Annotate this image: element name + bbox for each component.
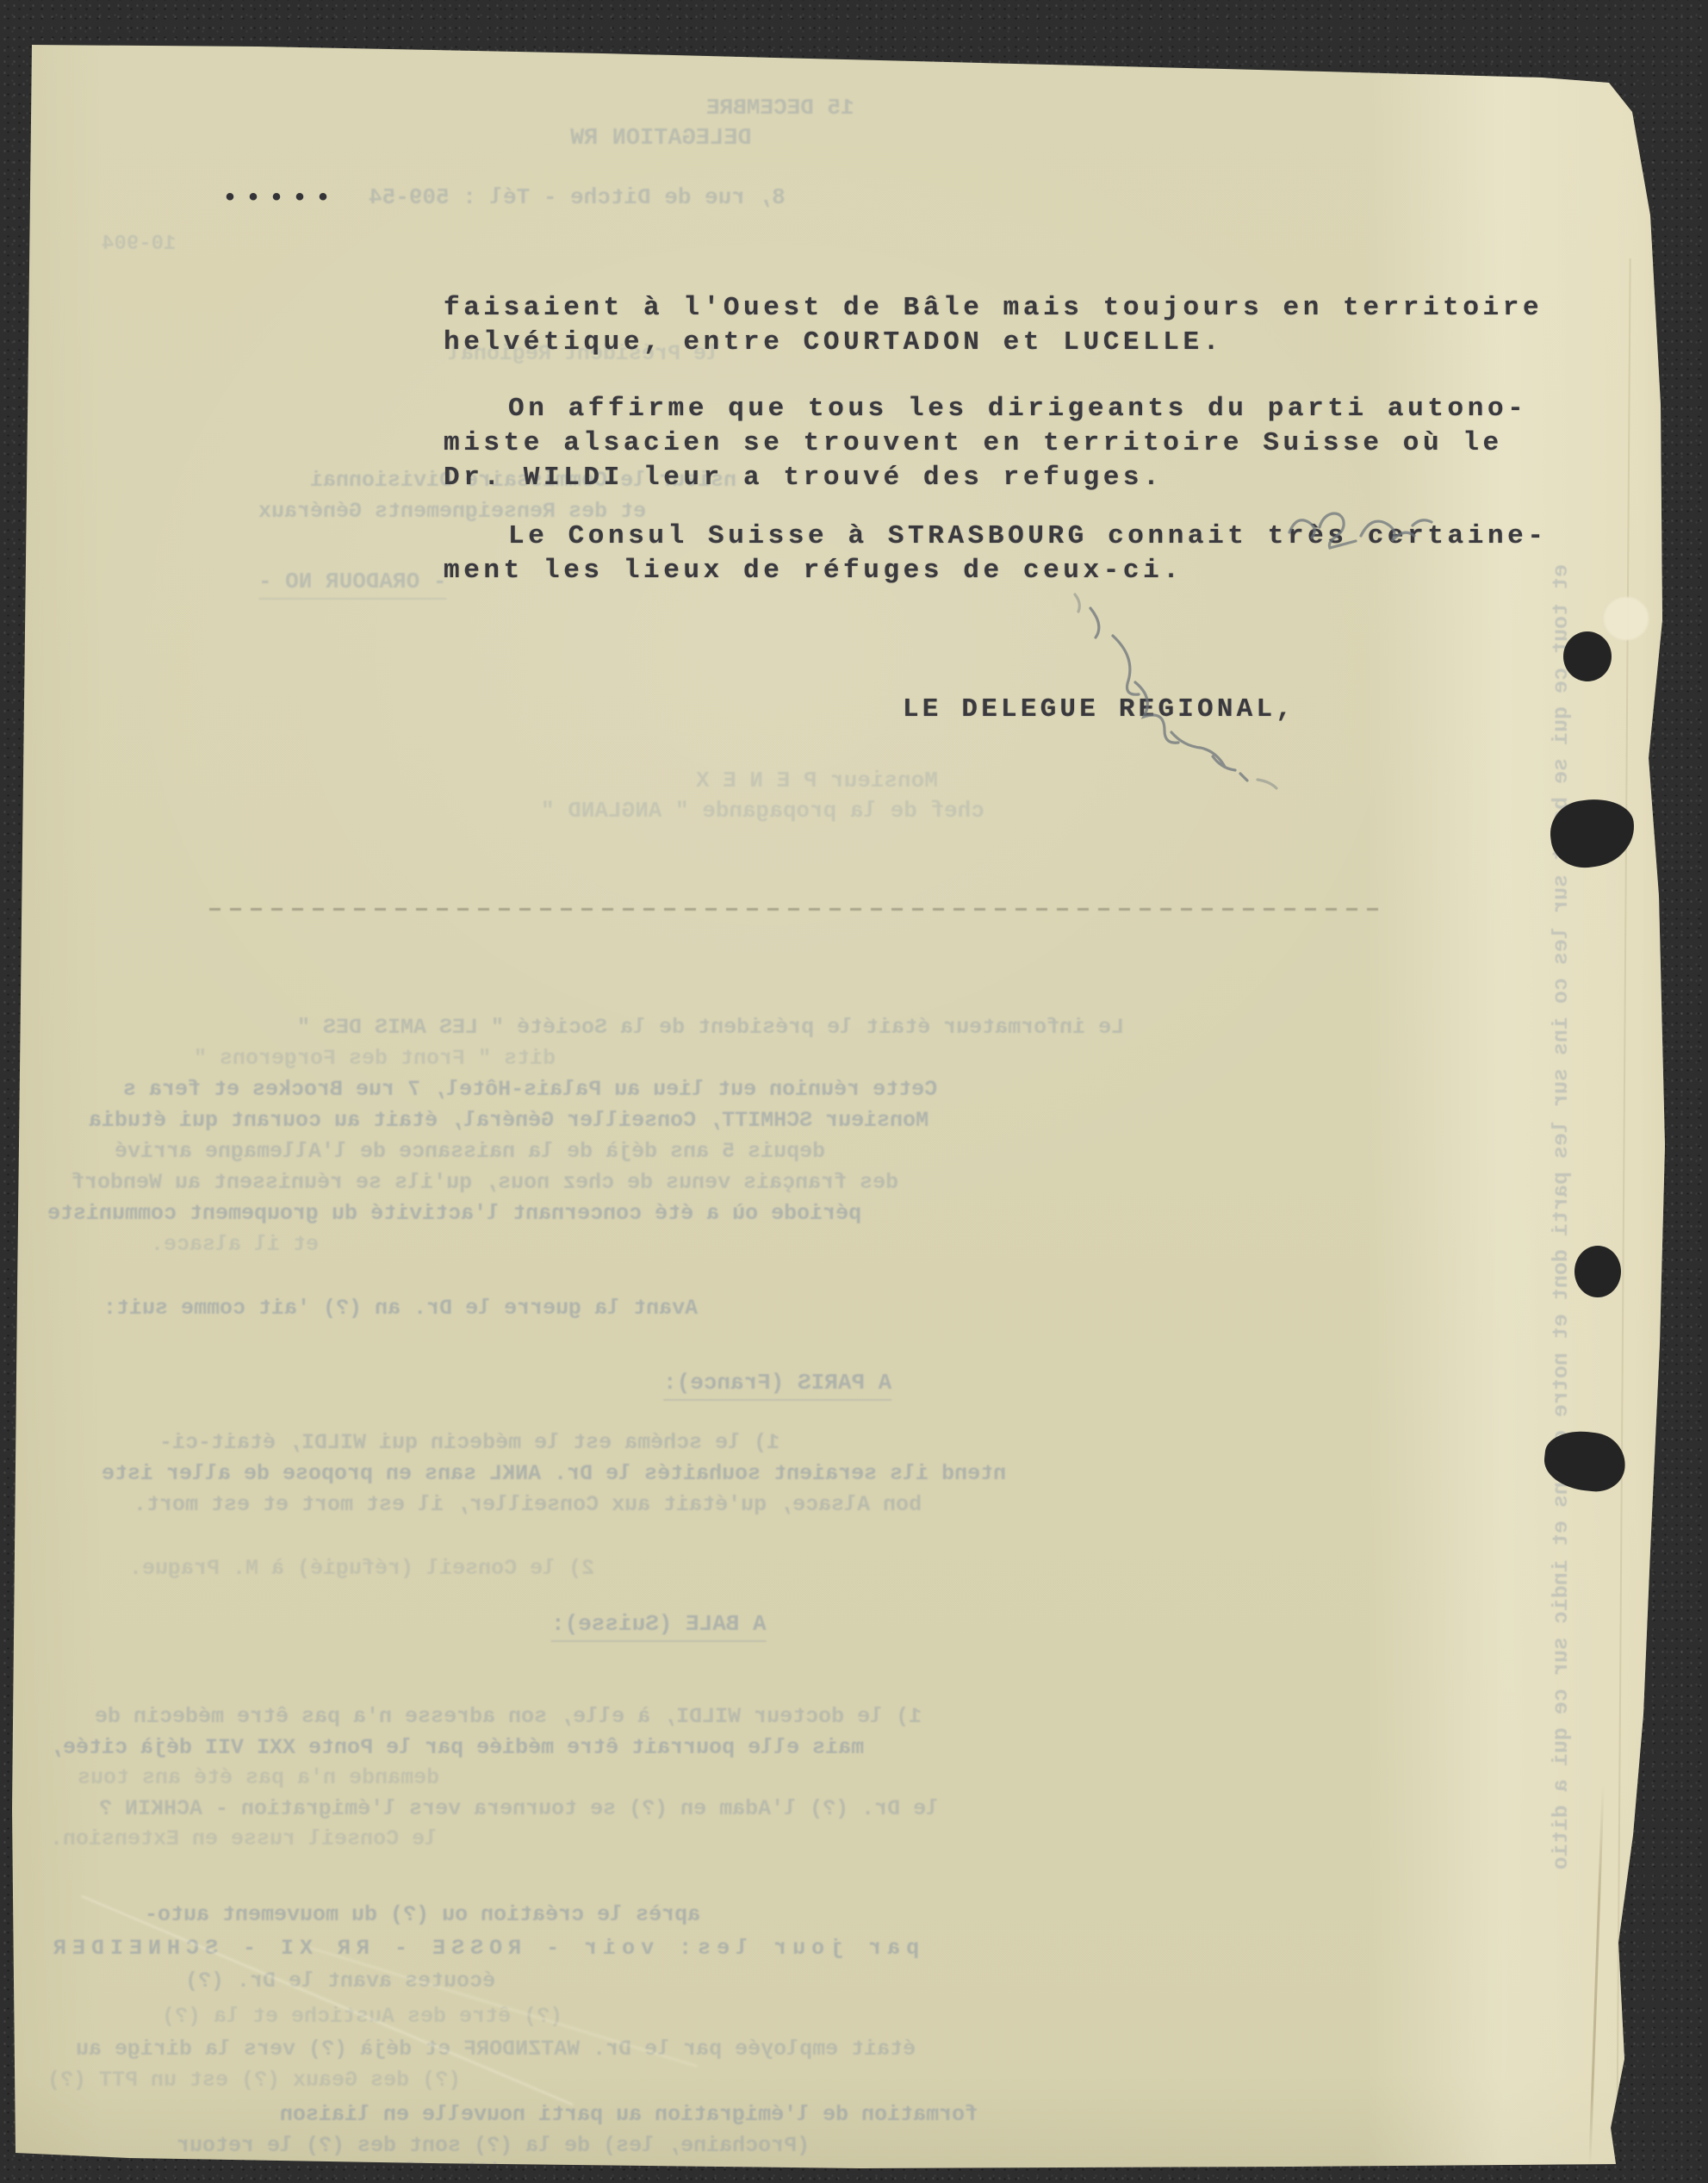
bleedthrough-line: dits " Front des Forgerons " <box>194 1046 556 1071</box>
bleedthrough-line: bon Alsace, qu'était aux Conseiller, il … <box>134 1492 922 1517</box>
bleedthrough-line: depuis 5 ans déjà de la naissance de l'A… <box>115 1139 825 1164</box>
bleedthrough-line: période où a été concernant l'activité d… <box>47 1201 861 1226</box>
typed-line: Le Consul Suisse à STRASBOURG connait tr… <box>444 519 1548 554</box>
bleedthrough-line: formation de l'émigration au parti nouve… <box>280 2102 978 2127</box>
bleedthrough-line: DELEGATION RW <box>570 126 752 152</box>
bleedthrough-line: par jour les: voir - ROSSE - RR XI - SCH… <box>47 1936 919 1961</box>
regional-delegate-line: LE DELEGUE REGIONAL, <box>903 694 1295 725</box>
bleedthrough-line: ne (?) utilisant de (?) <box>254 2161 539 2183</box>
punch-hole-remnant <box>1604 597 1649 640</box>
ellipsis-dots: ••••• <box>222 184 338 214</box>
paper-crease <box>1616 258 1630 2154</box>
bleedthrough-line: le Dr. (?) l'Adam en (?) se tournera ver… <box>99 1796 939 1821</box>
bleedthrough-heading: A PARIS (France): <box>663 1370 891 1401</box>
bleedthrough-line: des français venus de chez nous, qu'ils … <box>71 1170 898 1195</box>
bleedthrough-line: 10-904 <box>102 233 176 256</box>
punch-hole <box>1563 631 1612 681</box>
bleedthrough-line: (?) être des Austiche et la (?) <box>162 2004 562 2029</box>
bleedthrough-line: et il alsace. <box>151 1232 319 1257</box>
pencil-stroke-path <box>1075 594 1276 788</box>
typed-paragraphs: faisaient à l'Ouest de Bâle mais toujour… <box>444 291 1548 588</box>
typed-line: miste alsacien se trouvent en territoire… <box>444 426 1548 461</box>
bleedthrough-line: 15 DECEMBRE <box>706 95 854 121</box>
typed-line: Dr. WILDI leur a trouvé des refuges. <box>444 461 1548 495</box>
bleedthrough-line: le Conseil russe en Extension. <box>50 1826 438 1851</box>
bleedthrough-line: chef de la propagande " ANGLAND " <box>541 798 984 824</box>
typed-line: On affirme que tous les dirigeants du pa… <box>444 392 1548 426</box>
bleedthrough-line: Cette réunion eut lieu au Palais-Hôtel, … <box>123 1077 937 1102</box>
bleedthrough-heading: A BALE (Suisse): <box>551 1611 767 1642</box>
bleedthrough-line: 1) le docteur WILDI, à elle, son adresse… <box>95 1704 922 1729</box>
bleedthrough-line: (Prochaine, les) de la (?) sont des (?) … <box>177 2133 810 2158</box>
scan-stage: 15 DECEMBRE DELEGATION RW 8, rue de Ditc… <box>0 0 1708 2183</box>
typed-line: ment les lieux de réfuges de ceux-ci. <box>444 554 1548 588</box>
paragraph: faisaient à l'Ouest de Bâle mais toujour… <box>444 291 1548 360</box>
bleedthrough-vertical-text: et tout ce qui se batit sur les co ins s… <box>1549 564 1574 1770</box>
bleedthrough-line: (?) des Geaux (?) est un PTT (?) <box>47 2068 461 2093</box>
typed-line: faisaient à l'Ouest de Bâle mais toujour… <box>444 291 1548 326</box>
dashed-separator <box>209 908 1388 911</box>
bleedthrough-heading: - ORADOUR NO - <box>258 569 446 600</box>
bleedthrough-line: demande n'a pas été ans tous <box>78 1765 439 1790</box>
paragraph: On affirme que tous les dirigeants du pa… <box>444 392 1548 495</box>
bleedthrough-line: ntend ils seraient souhaités le Dr. ANKL… <box>102 1461 1006 1486</box>
bleedthrough-line: 1) le schéma est le médecin qui WILDI, é… <box>159 1430 779 1455</box>
document-page: 15 DECEMBRE DELEGATION RW 8, rue de Ditc… <box>0 0 1708 2183</box>
bleedthrough-line: Le informateur était le président de la … <box>297 1015 1124 1040</box>
bleedthrough-line: 8, rue de Ditche - Tél : 509-54 <box>369 184 786 210</box>
typed-line: helvétique, entre COURTADON et LUCELLE. <box>444 326 1548 360</box>
bleedthrough-line: Monsieur P E N E X <box>696 768 938 793</box>
bleedthrough-line: mais elle pourrait être médiée par le Po… <box>50 1735 864 1760</box>
paragraph: Le Consul Suisse à STRASBOURG connait tr… <box>444 519 1548 588</box>
bleedthrough-line: 2) le Conseil (réfugié) à M. Prague. <box>129 1556 594 1581</box>
paper-crease <box>1588 1783 1605 2167</box>
bleedthrough-line: écoutes avant le Dr. (?) <box>185 1968 495 1993</box>
bleedthrough-line: Avant la guerre le Dr. an (?) 'ait comme… <box>103 1296 698 1321</box>
bleedthrough-line: était employée par le Dr. WATZNDORF et d… <box>76 2037 916 2062</box>
punch-hole <box>1574 1246 1621 1297</box>
bleedthrough-line: Monsieur SCHMITT, Conseiller Général, ét… <box>89 1108 929 1133</box>
bleedthrough-line: après le création ou (?) du mouvement au… <box>145 1902 700 1927</box>
